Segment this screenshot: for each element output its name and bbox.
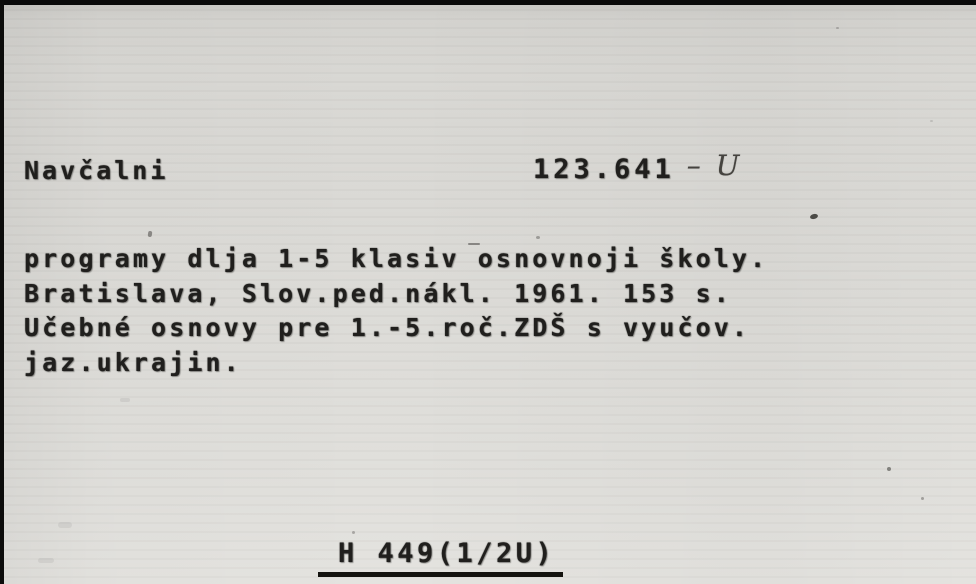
call-number-value: 123.641 [533, 154, 675, 185]
scan-edge-top [0, 0, 976, 5]
body-line-2: Bratislava, Slov.ped.nákl. 1961. 153 s. [24, 277, 854, 312]
shelf-mark: H 449(1/2U) [318, 538, 563, 577]
noise-speck [921, 497, 924, 500]
noise-speck [536, 236, 540, 239]
noise-speck [887, 467, 891, 471]
scan-edge-left [0, 0, 4, 584]
card-body: programy dlja 1-5 klasiv osnovnoji školy… [24, 242, 854, 380]
body-line-3: Učebné osnovy pre 1.-5.roč.ZDŠ s vyučov. [24, 311, 854, 346]
card-heading: Navčalni [24, 156, 168, 185]
noise-speck [836, 27, 839, 29]
body-line-1: programy dlja 1-5 klasiv osnovnoji školy… [24, 242, 854, 277]
noise-smudge [120, 398, 130, 402]
noise-smudge [38, 558, 54, 563]
noise-speck [930, 120, 933, 122]
body-line-4: jaz.ukrajin. [24, 346, 854, 381]
call-number-suffix-handwritten: – U [687, 149, 743, 182]
call-number: 123.641– U [533, 152, 742, 185]
noise-speck [810, 213, 819, 220]
noise-speck [352, 531, 355, 534]
shelf-mark-value: H 449(1/2U) [318, 538, 563, 577]
noise-speck [148, 231, 153, 237]
catalog-card-scan: Navčalni 123.641– U programy dlja 1-5 kl… [0, 0, 976, 584]
noise-smudge [58, 522, 72, 528]
